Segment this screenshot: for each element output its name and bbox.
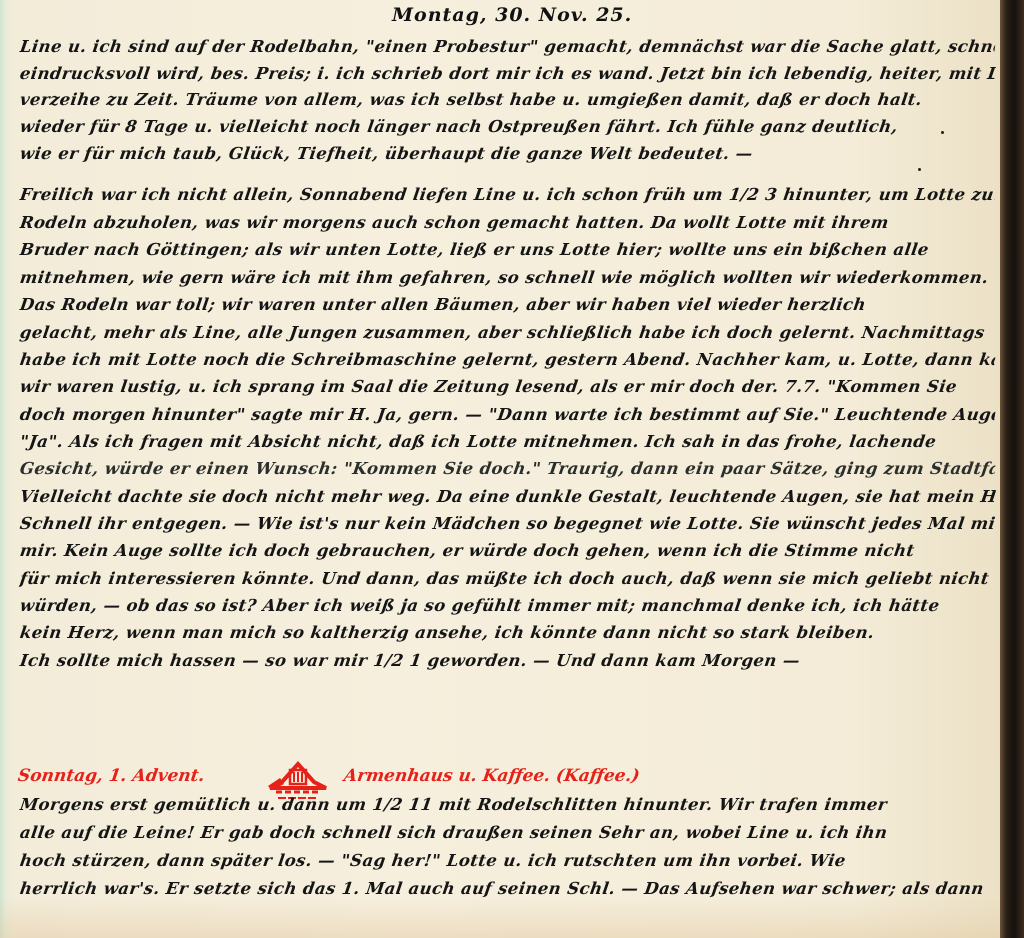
text-line-8: Bruder nach Göttingen; als wir unten Lot… xyxy=(18,240,996,264)
text-line-5: wie er für mich taub, Glück, Tiefheit, ü… xyxy=(18,144,996,168)
text-line-22: kein Herz, wenn man mich so kaltherzig a… xyxy=(18,623,996,647)
book-spine xyxy=(1000,0,1024,938)
entry-date-header: Montag, 30. Nov. 25. xyxy=(392,4,652,26)
text-line-23: Ich sollte mich hassen — so war mir 1/2 … xyxy=(18,651,996,675)
text-line-7: Rodeln abzuholen, was wir morgens auch s… xyxy=(18,213,996,237)
text-line-19: mir. Kein Auge sollte ich doch gebrauche… xyxy=(18,541,996,565)
text-line-1: Line u. ich sind auf der Rodelbahn, "ein… xyxy=(18,37,996,61)
text-line-14: doch morgen hinunter" sagte mir H. Ja, g… xyxy=(18,405,996,429)
text-line-26: hoch stürzen, dann später los. — "Sag he… xyxy=(18,851,996,875)
ink-dot xyxy=(941,131,944,134)
text-line-13: wir waren lustig, u. ich sprang im Saal … xyxy=(18,377,996,401)
text-line-3: verzeihe zu Zeit. Träume von allem, was … xyxy=(18,90,996,114)
text-line-4: wieder für 8 Tage u. vielleicht noch län… xyxy=(18,117,996,141)
text-line-6: Freilich war ich nicht allein, Sonnabend… xyxy=(18,185,996,209)
text-line-12: habe ich mit Lotte noch die Schreibmasch… xyxy=(18,350,996,374)
text-line-2: eindrucksvoll wird, bes. Preis; i. ich s… xyxy=(18,64,996,88)
text-line-20: für mich interessieren könnte. Und dann,… xyxy=(18,569,996,593)
text-line-21: würden, — ob das so ist? Aber ich weiß j… xyxy=(18,596,996,620)
red-note: Armenhaus u. Kaffee. (Kaffee.) xyxy=(343,766,641,786)
text-line-18: Schnell ihr entgegen. — Wie ist's nur ke… xyxy=(18,514,996,538)
diary-page: Montag, 30. Nov. 25. Line u. ich sind au… xyxy=(0,0,1000,938)
text-line-10: Das Rodeln war toll; wir waren unter all… xyxy=(18,295,996,319)
text-line-15: "Ja". Als ich fragen mit Absicht nicht, … xyxy=(18,432,996,456)
ink-dot xyxy=(918,168,921,171)
text-line-9: mitnehmen, wie gern wäre ich mit ihm gef… xyxy=(18,268,996,292)
text-line-16: Gesicht, würde er einen Wunsch: "Kommen … xyxy=(18,459,996,483)
text-line-17: Vielleicht dachte sie doch nicht mehr we… xyxy=(18,487,996,511)
red-date: Sonntag, 1. Advent. xyxy=(17,766,206,786)
text-line-24: Morgens erst gemütlich u. dann um 1/2 11… xyxy=(18,795,996,819)
text-line-27: herrlich war's. Er setzte sich das 1. Ma… xyxy=(18,879,996,903)
text-line-11: gelacht, mehr als Line, alle Jungen zusa… xyxy=(18,323,996,347)
text-line-25: alle auf die Leine! Er gab doch schnell … xyxy=(18,823,996,847)
